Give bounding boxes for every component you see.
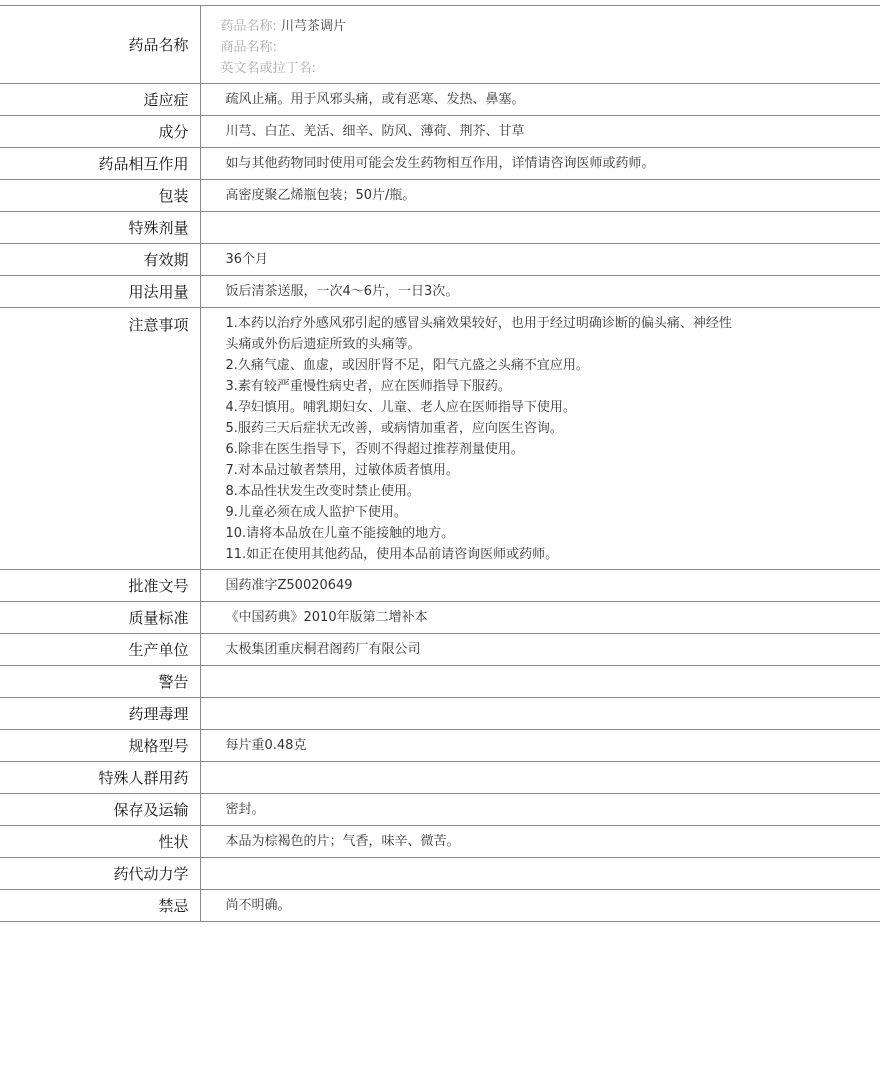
row-label: 药理毒理 [0, 698, 200, 730]
generic-name-value: 川芎茶调片 [281, 19, 346, 34]
precaution-line: 头痛或外伤后遗症所致的头痛等。 [226, 334, 880, 355]
table-row-precautions: 注意事项 1.本药以治疗外感风邪引起的感冒头痛效果较好，也用于经过明确诊断的偏头… [0, 308, 880, 570]
row-value [200, 212, 880, 244]
precaution-line: 2.久痛气虚、血虚，或因肝肾不足，阳气亢盛之头痛不宜应用。 [226, 355, 880, 376]
row-label: 生产单位 [0, 634, 200, 666]
row-label: 包装 [0, 180, 200, 212]
table-row-shelf-life: 有效期 36个月 [0, 244, 880, 276]
table-row-contraindications: 禁忌 尚不明确。 [0, 890, 880, 922]
row-value: 高密度聚乙烯瓶包装；50片/瓶。 [200, 180, 880, 212]
row-value: 《中国药典》2010年版第二增补本 [200, 602, 880, 634]
precaution-line: 6.除非在医生指导下，否则不得超过推荐剂量使用。 [226, 439, 880, 460]
row-value [200, 858, 880, 890]
row-label: 警告 [0, 666, 200, 698]
table-row-description: 性状 本品为棕褐色的片；气香，味辛、微苦。 [0, 826, 880, 858]
row-value: 国药准字Z50020649 [200, 570, 880, 602]
drug-name-cell: 药品名称: 川芎茶调片 商品名称: 英文名或拉丁名: [200, 6, 880, 84]
table-row-packaging: 包装 高密度聚乙烯瓶包装；50片/瓶。 [0, 180, 880, 212]
row-label: 药品名称 [0, 6, 200, 84]
row-label: 用法用量 [0, 276, 200, 308]
row-label: 特殊剂量 [0, 212, 200, 244]
drug-spec-sheet: 药品名称 药品名称: 川芎茶调片 商品名称: 英文名或拉丁名: [0, 5, 880, 922]
table-row-ingredients: 成分 川芎、白芷、羌活、细辛、防风、薄荷、荆芥、甘草 [0, 116, 880, 148]
drug-spec-table: 药品名称 药品名称: 川芎茶调片 商品名称: 英文名或拉丁名: [0, 5, 880, 922]
table-row-approval-number: 批准文号 国药准字Z50020649 [0, 570, 880, 602]
row-value: 尚不明确。 [200, 890, 880, 922]
table-row-usage-dosage: 用法用量 饭后清茶送服，一次4～6片，一日3次。 [0, 276, 880, 308]
row-value: 36个月 [200, 244, 880, 276]
table-row-warning: 警告 [0, 666, 880, 698]
table-row-drug-name: 药品名称 药品名称: 川芎茶调片 商品名称: 英文名或拉丁名: [0, 6, 880, 84]
precaution-line: 5.服药三天后症状无改善，或病情加重者，应向医生咨询。 [226, 418, 880, 439]
row-value: 太极集团重庆桐君阁药厂有限公司 [200, 634, 880, 666]
precaution-line: 7.对本品过敏者禁用，过敏体质者慎用。 [226, 460, 880, 481]
table-row-pharmacokinetics: 药代动力学 [0, 858, 880, 890]
row-value: 本品为棕褐色的片；气香，味辛、微苦。 [200, 826, 880, 858]
trade-name-key: 商品名称: [221, 40, 277, 55]
row-label: 药代动力学 [0, 858, 200, 890]
generic-name-key: 药品名称: [221, 19, 277, 34]
row-value: 饭后清茶送服，一次4～6片，一日3次。 [200, 276, 880, 308]
english-name-key: 英文名或拉丁名: [221, 61, 316, 76]
table-row-quality-standard: 质量标准 《中国药典》2010年版第二增补本 [0, 602, 880, 634]
table-row-manufacturer: 生产单位 太极集团重庆桐君阁药厂有限公司 [0, 634, 880, 666]
row-label: 有效期 [0, 244, 200, 276]
table-row-specification: 规格型号 每片重0.48克 [0, 730, 880, 762]
english-name-line: 英文名或拉丁名: [221, 58, 880, 79]
row-label: 药品相互作用 [0, 148, 200, 180]
precaution-line: 8.本品性状发生改变时禁止使用。 [226, 481, 880, 502]
row-value: 密封。 [200, 794, 880, 826]
row-label: 特殊人群用药 [0, 762, 200, 794]
table-row-pharmacology-toxicology: 药理毒理 [0, 698, 880, 730]
precaution-line: 4.孕妇慎用。哺乳期妇女、儿童、老人应在医师指导下使用。 [226, 397, 880, 418]
table-row-storage-transport: 保存及运输 密封。 [0, 794, 880, 826]
row-value: 每片重0.48克 [200, 730, 880, 762]
row-value: 川芎、白芷、羌活、细辛、防风、薄荷、荆芥、甘草 [200, 116, 880, 148]
precautions-list: 1.本药以治疗外感风邪引起的感冒头痛效果较好，也用于经过明确诊断的偏头痛、神经性… [200, 308, 880, 570]
row-label: 禁忌 [0, 890, 200, 922]
precaution-line: 10.请将本品放在儿童不能接触的地方。 [226, 523, 880, 544]
row-value [200, 666, 880, 698]
row-value: 如与其他药物同时使用可能会发生药物相互作用，详情请咨询医师或药师。 [200, 148, 880, 180]
row-label: 批准文号 [0, 570, 200, 602]
precaution-line: 9.儿童必须在成人监护下使用。 [226, 502, 880, 523]
row-label: 注意事项 [0, 308, 200, 570]
table-row-indications: 适应症 疏风止痛。用于风邪头痛，或有恶寒、发热、鼻塞。 [0, 84, 880, 116]
table-row-interactions: 药品相互作用 如与其他药物同时使用可能会发生药物相互作用，详情请咨询医师或药师。 [0, 148, 880, 180]
row-label: 性状 [0, 826, 200, 858]
row-label: 保存及运输 [0, 794, 200, 826]
row-value: 疏风止痛。用于风邪头痛，或有恶寒、发热、鼻塞。 [200, 84, 880, 116]
row-value [200, 698, 880, 730]
drug-name-block: 药品名称: 川芎茶调片 商品名称: 英文名或拉丁名: [211, 6, 880, 83]
precaution-line: 1.本药以治疗外感风邪引起的感冒头痛效果较好，也用于经过明确诊断的偏头痛、神经性 [226, 313, 880, 334]
precaution-line: 3.素有较严重慢性病史者，应在医师指导下服药。 [226, 376, 880, 397]
row-label: 成分 [0, 116, 200, 148]
generic-name-line: 药品名称: 川芎茶调片 [221, 16, 880, 37]
row-label: 规格型号 [0, 730, 200, 762]
precaution-line: 11.如正在使用其他药品，使用本品前请咨询医师或药师。 [226, 544, 880, 565]
table-row-special-dosage: 特殊剂量 [0, 212, 880, 244]
row-label: 适应症 [0, 84, 200, 116]
row-value [200, 762, 880, 794]
table-row-special-populations: 特殊人群用药 [0, 762, 880, 794]
trade-name-line: 商品名称: [221, 37, 880, 58]
row-label: 质量标准 [0, 602, 200, 634]
